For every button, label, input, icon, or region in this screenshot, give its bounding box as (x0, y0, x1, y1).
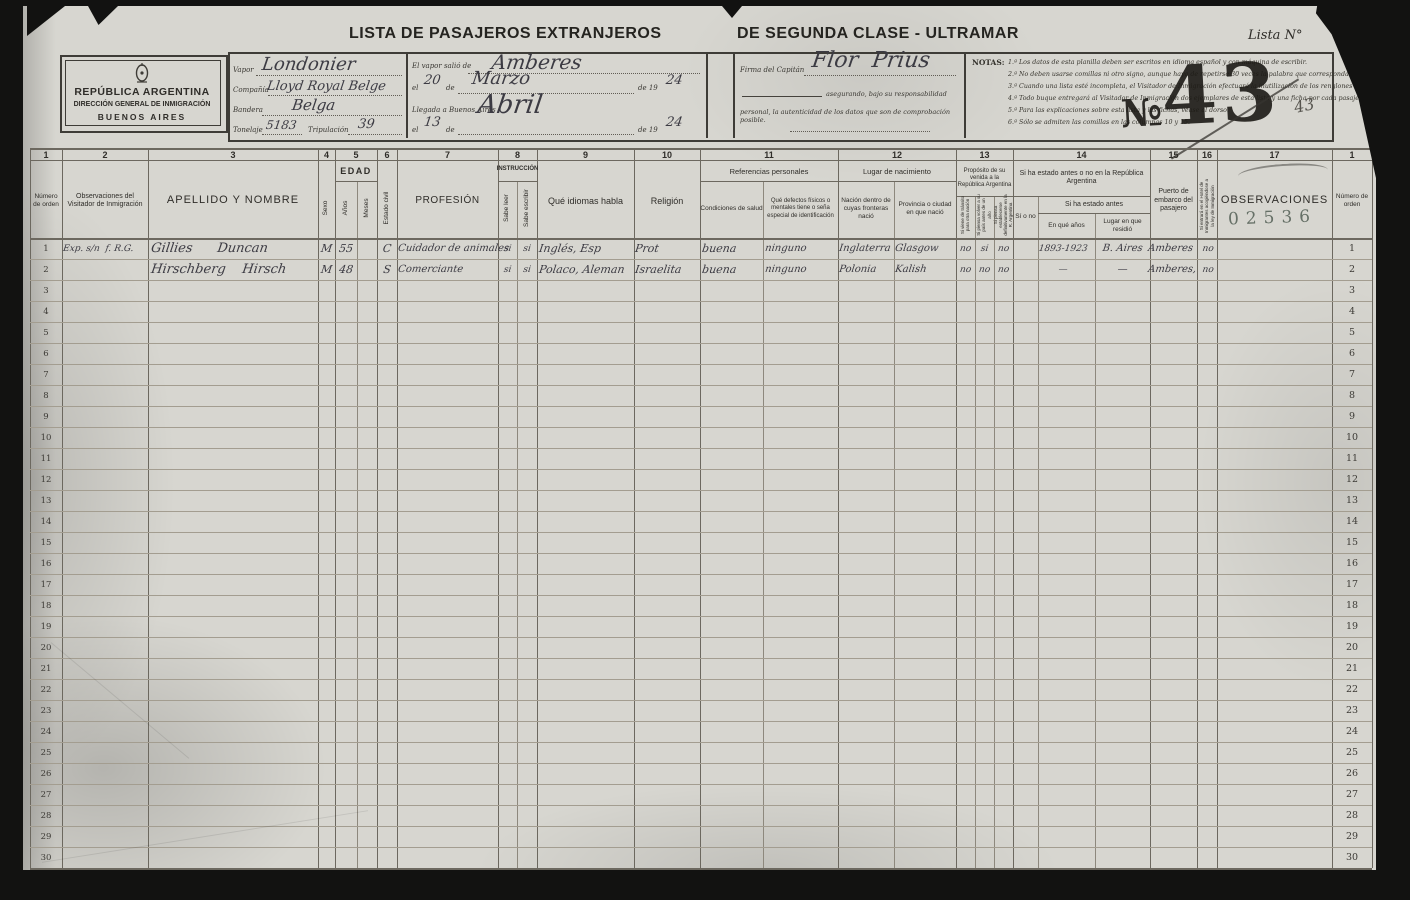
table-row-line (30, 385, 1372, 386)
passenger-estado_civil: C (376, 241, 398, 258)
table-row-line (30, 658, 1372, 659)
column-number: 1 (30, 149, 62, 160)
row-number-right: 29 (1332, 826, 1372, 847)
row-number-left: 13 (30, 490, 62, 511)
table-row-line (30, 532, 1372, 533)
passenger-provincia: Glasgow (894, 241, 955, 258)
table-column-line (148, 148, 149, 868)
table-row-line (30, 700, 1372, 701)
passenger-sabe_leer: si (497, 262, 518, 279)
header-edad: EDAD (335, 162, 377, 180)
table-row-line (30, 742, 1372, 743)
row-number-left: 9 (30, 406, 62, 427)
table-row-line (30, 364, 1372, 365)
passenger-defectos: ninguno (764, 262, 837, 279)
passenger-establecerse: no (993, 262, 1014, 279)
header-condiciones_salud: Condiciones de salud (700, 184, 763, 234)
table-row-line (30, 616, 1372, 617)
row-number-right: 17 (1332, 574, 1372, 595)
passenger-nacion: Inglaterra (838, 241, 894, 258)
passenger-transito: no (955, 241, 976, 258)
row-number-right: 18 (1332, 595, 1372, 616)
row-number-left: 29 (30, 826, 62, 847)
row-number-right: 10 (1332, 427, 1372, 448)
table-row-line (30, 595, 1372, 596)
row-number-left: 16 (30, 553, 62, 574)
row-number-left: 22 (30, 679, 62, 700)
row-number-left: 27 (30, 784, 62, 805)
table-row-line (30, 826, 1372, 827)
header-nacion: Nación dentro de cuyas fronteras nació (838, 184, 894, 234)
table-row-line (30, 805, 1372, 806)
row-number-left: 30 (30, 847, 62, 868)
table-column-line (1372, 148, 1373, 868)
row-number-right: 12 (1332, 469, 1372, 490)
header-orden: Número de orden (30, 168, 62, 234)
column-number: 3 (148, 149, 318, 160)
row-number-right: 11 (1332, 448, 1372, 469)
table-row-line (30, 490, 1372, 491)
row-number-left: 3 (30, 280, 62, 301)
table-row-line (30, 427, 1372, 428)
table-row-line (30, 637, 1372, 638)
row-number-right: 3 (1332, 280, 1372, 301)
passenger-salud: buena (701, 241, 763, 258)
passenger-hotel: no (1196, 241, 1220, 258)
passenger-puerto: Amberes (1147, 241, 1199, 258)
table-row-line (30, 406, 1372, 407)
passenger-en_que_anos: — (1031, 262, 1095, 279)
header-anos: Años (336, 182, 356, 234)
header-provincia: Provincia o ciudad en que nació (894, 184, 956, 234)
row-number-right: 30 (1332, 847, 1372, 868)
column-number: 2 (62, 149, 148, 160)
passenger-defectos: ninguno (764, 241, 837, 258)
header-orden: Número de orden (1332, 168, 1372, 234)
passenger-nacion: Polonia (838, 262, 894, 279)
header-proposito: Propósito de su venida a la República Ar… (956, 162, 1013, 195)
row-number-left: 4 (30, 301, 62, 322)
row-number-right: 27 (1332, 784, 1372, 805)
row-number-right: 6 (1332, 343, 1372, 364)
column-number: 16 (1197, 149, 1217, 160)
table-row-line (30, 343, 1372, 344)
row-number-right: 28 (1332, 805, 1372, 826)
header-apellido: APELLIDO Y NOMBRE (148, 168, 318, 234)
passenger-volver: si (974, 241, 995, 258)
table-row-line (30, 679, 1372, 680)
table-row-line (30, 511, 1372, 512)
column-number: 1 (1332, 149, 1372, 160)
passenger-nombre: Gillies Duncan (150, 241, 318, 258)
row-number-right: 15 (1332, 532, 1372, 553)
row-number-right: 25 (1332, 742, 1372, 763)
header-lugar_residio: Lugar en que residió (1095, 214, 1150, 237)
passenger-en_que_anos: 1893-1923 (1031, 241, 1095, 258)
row-number-right: 16 (1332, 553, 1372, 574)
passenger-lugar_residio: — (1095, 262, 1150, 279)
passenger-provincia: Kalish (894, 262, 955, 279)
passenger-religion: Prot (634, 241, 700, 258)
row-number-right: 7 (1332, 364, 1372, 385)
header-puerto: Puerto de embarco del pasajero (1150, 168, 1197, 234)
passenger-lugar_residio: B. Aires (1095, 241, 1150, 258)
passenger-sabe_escribir: si (516, 241, 538, 258)
column-number: 12 (838, 149, 956, 160)
row-number-left: 15 (30, 532, 62, 553)
row-number-left: 12 (30, 469, 62, 490)
row-number-left: 14 (30, 511, 62, 532)
header-hotel: Si entrará en el Hotel de Inmigrantes ac… (1197, 177, 1217, 235)
passenger-anos: 48 (334, 262, 358, 279)
table-row-line (30, 847, 1372, 848)
table-row-line (30, 469, 1372, 470)
table-row-line (30, 553, 1372, 554)
column-number: 14 (1013, 149, 1150, 160)
row-number-left: 23 (30, 700, 62, 721)
row-number-left: 24 (30, 721, 62, 742)
header-religion: Religión (634, 168, 700, 234)
passenger-profesion: Cuidador de animales (397, 241, 498, 258)
row-number-right: 4 (1332, 301, 1372, 322)
row-number-left: 11 (30, 448, 62, 469)
column-number: 13 (956, 149, 1013, 160)
passenger-anos: 55 (334, 241, 358, 258)
passenger-nombre: Hirschberg Hirsch (150, 262, 318, 279)
row-number-left: 25 (30, 742, 62, 763)
table-row-line (30, 763, 1372, 764)
row-number-right: 2 (1332, 259, 1372, 280)
header-estado_antes: Si ha estado antes o no en la República … (1013, 162, 1150, 194)
table-row-line (30, 322, 1372, 323)
column-number: 17 (1217, 149, 1332, 160)
row-number-left: 21 (30, 658, 62, 679)
column-number: 7 (397, 149, 498, 160)
passenger-establecerse: no (993, 241, 1014, 258)
passenger-puerto: Amberes, (1147, 262, 1199, 279)
header-observaciones_visitador: Observaciones del Visitador de Inmigraci… (62, 168, 148, 234)
column-number: 5 (335, 149, 377, 160)
row-number-right: 14 (1332, 511, 1372, 532)
scan-edge-left (0, 0, 23, 900)
row-number-left: 18 (30, 595, 62, 616)
table-subcolumn-line (517, 181, 518, 868)
row-number-left: 1 (30, 238, 62, 259)
passenger-hotel: no (1196, 262, 1220, 279)
passenger-sabe_escribir: si (516, 262, 538, 279)
table-subcolumn-line (357, 181, 358, 868)
scanned-passenger-list-document: LISTA DE PASAJEROS EXTRANJEROS DE SEGUND… (0, 0, 1410, 900)
row-number-right: 23 (1332, 700, 1372, 721)
header-proposito_sub1: Si viene de tránsito para otra nación (955, 194, 975, 236)
passenger-salud: buena (701, 262, 763, 279)
column-number: 10 (634, 149, 700, 160)
table-subcolumn-line (894, 181, 895, 868)
header-proposito_sub2: Si piensa volver a su país antes de un a… (974, 194, 994, 236)
row-number-left: 6 (30, 343, 62, 364)
row-number-right: 24 (1332, 721, 1372, 742)
header-si_o_no: Sí o no (1013, 197, 1038, 237)
scan-edge-bottom (0, 870, 1410, 900)
header-sabe_leer: Sabe leer (497, 182, 517, 234)
row-number-left: 5 (30, 322, 62, 343)
table-rule (30, 160, 1372, 161)
row-number-right: 9 (1332, 406, 1372, 427)
passenger-volver: no (974, 262, 995, 279)
row-number-right: 5 (1332, 322, 1372, 343)
header-estado_civil: Estado civil (377, 181, 397, 235)
scan-edge-top (0, 0, 1410, 6)
row-number-left: 26 (30, 763, 62, 784)
row-number-right: 21 (1332, 658, 1372, 679)
table-row-line (30, 259, 1372, 260)
column-number: 6 (377, 149, 397, 160)
column-number: 11 (700, 149, 838, 160)
passenger-transito: no (955, 262, 976, 279)
table-row-line (30, 784, 1372, 785)
row-number-right: 13 (1332, 490, 1372, 511)
row-number-right: 22 (1332, 679, 1372, 700)
row-number-right: 26 (1332, 763, 1372, 784)
row-number-right: 20 (1332, 637, 1372, 658)
header-profesion: PROFESIÓN (397, 168, 498, 234)
header-sabe_escribir: Sabe escribir (517, 182, 537, 234)
table-row-line (30, 301, 1372, 302)
passenger-observaciones_visitador: Exp. s/n f. R.G. (62, 241, 148, 258)
passenger-religion: Israelita (634, 262, 700, 279)
header-defectos: Qué defectos físicos o mentales tiene o … (763, 182, 838, 236)
table-rule (30, 238, 1372, 240)
table-row-line (30, 721, 1372, 722)
header-meses: Meses (357, 182, 377, 234)
table-column-line (1013, 148, 1014, 868)
row-number-left: 8 (30, 385, 62, 406)
header-idiomas: Qué idiomas habla (537, 168, 634, 234)
table-row-line (30, 280, 1372, 281)
header-en_que_anos: En qué años (1038, 214, 1095, 237)
passenger-idiomas: Inglés, Esp (538, 241, 634, 258)
column-number: 8 (498, 149, 537, 160)
row-number-right: 8 (1332, 385, 1372, 406)
table-subcolumn-line (1095, 213, 1096, 868)
row-number-left: 17 (30, 574, 62, 595)
header-referencias: Referencias personales (700, 164, 838, 179)
row-number-right: 1 (1332, 238, 1372, 259)
header-sexo: Sexo (316, 182, 336, 234)
column-number: 9 (537, 149, 634, 160)
row-number-left: 7 (30, 364, 62, 385)
column-number: 4 (318, 149, 335, 160)
passenger-idiomas: Polaco, Aleman (538, 262, 634, 279)
header-instruccion: INSTRUCCIÓN (498, 161, 537, 179)
row-number-left: 2 (30, 259, 62, 280)
header-lugar_nacimiento: Lugar de nacimiento (838, 164, 956, 179)
table-row-line (30, 448, 1372, 449)
passenger-table: 12345678910111213141516171Número de orde… (0, 0, 1410, 900)
row-number-left: 28 (30, 805, 62, 826)
passenger-estado_civil: S (376, 262, 398, 279)
row-number-left: 10 (30, 427, 62, 448)
column-number: 15 (1150, 149, 1197, 160)
row-number-right: 19 (1332, 616, 1372, 637)
header-observaciones: OBSERVACIONES (1217, 168, 1332, 234)
table-row-line (30, 574, 1372, 575)
header-proposito_sub3: Si piensa establecerse definitivamente e… (993, 194, 1013, 236)
header-si_ha_estado: Si ha estado antes (1038, 198, 1150, 212)
passenger-profesion: Comerciante (397, 262, 498, 279)
passenger-sabe_leer: si (497, 241, 518, 258)
table-subcolumn-line (763, 181, 764, 868)
row-number-left: 19 (30, 616, 62, 637)
